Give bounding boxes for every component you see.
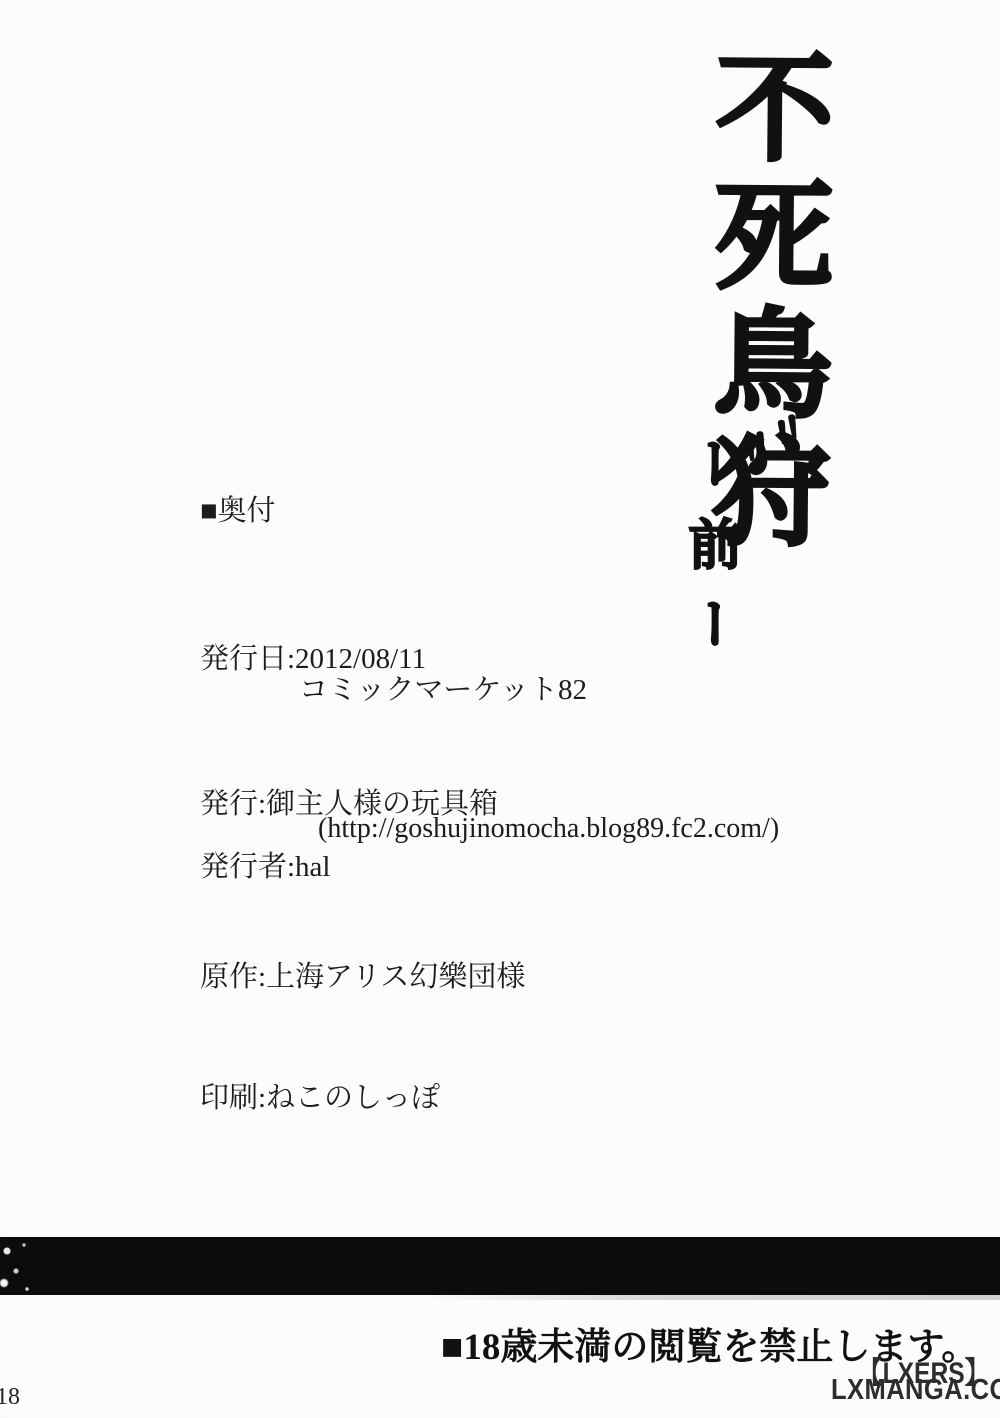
watermark-site-url: LXMANGA.COM <box>831 1374 1000 1407</box>
author-line: 発行者:hal <box>200 844 331 885</box>
scan-noise-speckles <box>0 1237 42 1295</box>
publish-event-line: コミックマーケット82 <box>299 667 587 708</box>
page-number: 18 <box>0 1384 20 1411</box>
scan-streak <box>420 1295 1000 1300</box>
printer-line: 印刷:ねこのしっぽ <box>200 1075 440 1116</box>
calligraphy-subtitle-vertical: ー前ー <box>684 436 738 706</box>
censor-bar <box>0 1237 1000 1295</box>
colophon-heading: ■奥付 <box>200 488 276 529</box>
publisher-url-line: (http://goshujinomocha.blog89.fc2.com/) <box>318 813 779 845</box>
scanned-colophon-page: 不死鳥狩 〃〃 ー前ー ■奥付 発行日:2012/08/11 コミックマーケット… <box>0 0 1000 1418</box>
original-work-line: 原作:上海アリス幻樂団様 <box>200 954 525 995</box>
